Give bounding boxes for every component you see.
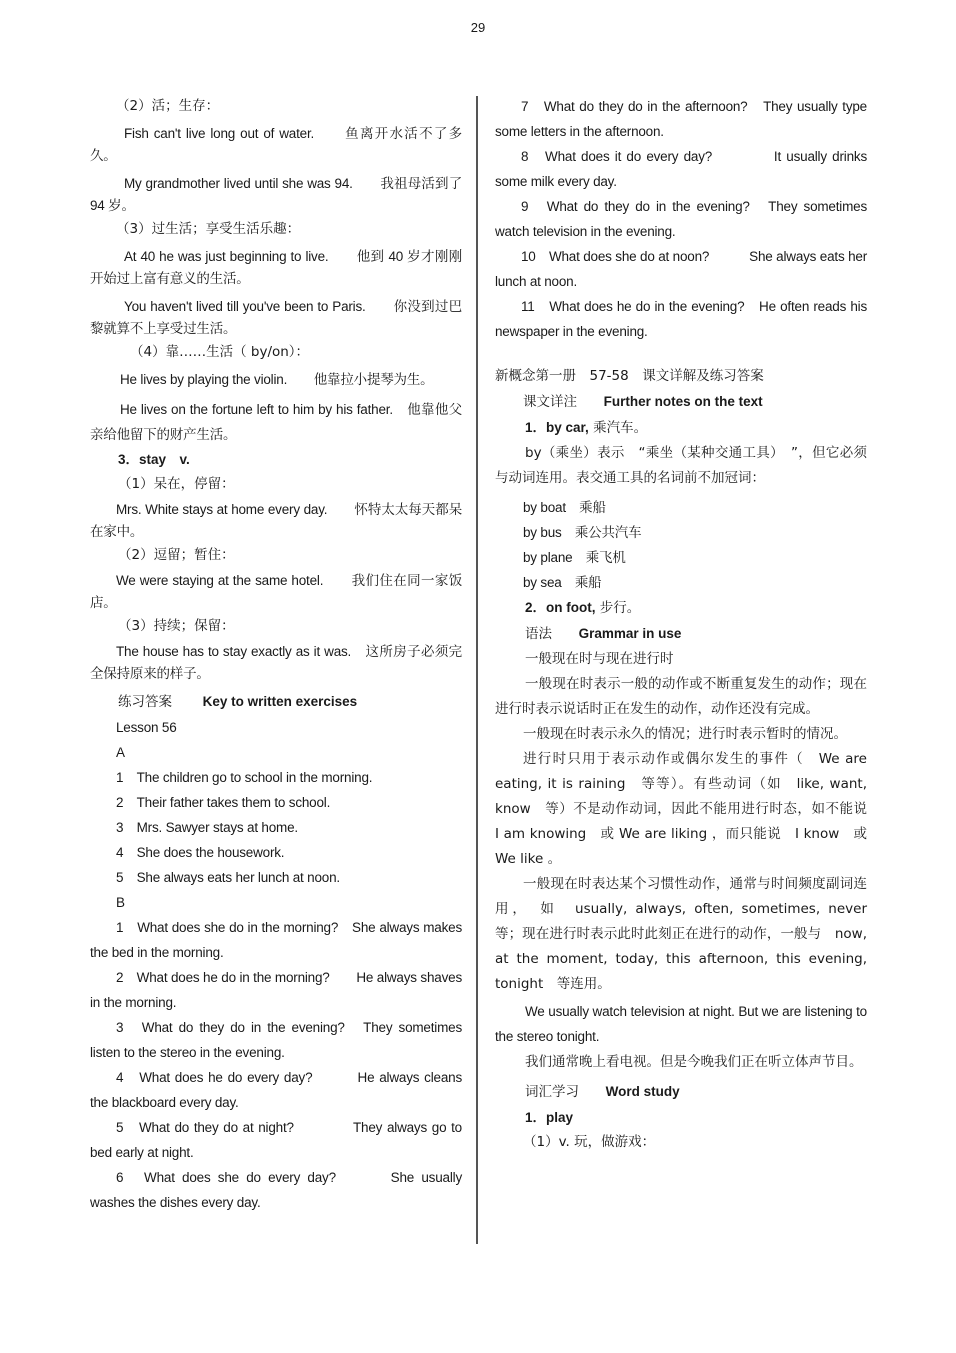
stay-sense-1: （1）呆在，停留： (90, 472, 462, 497)
answer-a-3: 3 Mrs. Sawyer stays at home. (90, 815, 462, 840)
notes-heading: 课文详注 Further notes on the text (495, 389, 867, 415)
lesson-label: Lesson 56 (90, 715, 462, 740)
grammar-heading: 语法 Grammar in use (495, 621, 867, 647)
grammar-paragraph-4: 一般现在时表达某个习惯性动作，通常与时间频度副词连用， 如 usually, a… (495, 872, 867, 997)
answer-b-8: 8 What does it do every day? It usually … (495, 144, 867, 194)
answer-b-9: 9 What do they do in the evening? They s… (495, 194, 867, 244)
answer-b-4: 4 What does he do every day? He always c… (90, 1065, 462, 1115)
note-2-heading-en: 2．on foot, (525, 600, 596, 615)
example-en: We usually watch television at night. Bu… (495, 999, 867, 1049)
key-heading-cn: 练习答案 (118, 694, 172, 710)
stay-sense-3: （3）持续；保留： (90, 614, 462, 639)
play-heading: 1．play (495, 1105, 867, 1130)
grammar-heading-cn: 语法 (525, 626, 552, 642)
answer-b-10: 10 What does she do at noon? She always … (495, 244, 867, 294)
answer-a-4: 4 She does the housework. (90, 840, 462, 865)
word-study-heading-en: Word study (606, 1084, 680, 1099)
grammar-title: 一般现在时与现在进行时 (495, 647, 867, 672)
example-paris: You haven't lived till you've been to Pa… (90, 296, 462, 340)
example-grandmother: My grandmother lived until she was 94. 我… (90, 173, 462, 217)
word-study-heading-cn: 词汇学习 (525, 1084, 579, 1100)
answer-b-3: 3 What do they do in the evening? They s… (90, 1015, 462, 1065)
example-fortune: He lives on the fortune left to him by h… (90, 397, 462, 447)
transport-bus: by bus 乘公共汽车 (495, 520, 867, 545)
example-cn: 我们通常晚上看电视。但是今晚我们正在听立体声节目。 (495, 1051, 867, 1073)
answer-b-5: 5 What do they do at night? They always … (90, 1115, 462, 1165)
note-1-heading-cn: 乘汽车。 (593, 420, 647, 436)
grammar-paragraph-2: 一般现在时表示永久的情况；进行时表示暂时的情况。 (495, 722, 867, 747)
section-b-label: B (90, 890, 462, 915)
note-1-body: by（乘坐）表示 “乘坐（某种交通工具） ”，但它必须与动词连用。表交通工具的名… (495, 441, 867, 491)
grammar-heading-en: Grammar in use (579, 626, 682, 641)
left-column: （2）活；生存： Fish can't live long out of wat… (90, 94, 462, 1215)
answer-b-6: 6 What does she do every day? She usuall… (90, 1165, 462, 1215)
note-1-heading: 1．by car, 乘汽车。 (495, 415, 867, 441)
example-white: Mrs. White stays at home every day. 怀特太太… (90, 499, 462, 543)
live-sense-4: （4）靠……生活（ by/on）： (90, 340, 462, 365)
notes-heading-cn: 课文详注 (523, 394, 577, 410)
section-title: 新概念第一册 57-58 课文详解及练习答案 (495, 364, 867, 389)
live-sense-3: （3）过生活；享受生活乐趣： (90, 217, 462, 242)
stay-heading: 3．stay v. (90, 447, 462, 472)
note-2-heading: 2．on foot, 步行。 (495, 595, 867, 621)
stay-sense-2: （2）逗留；暂住： (90, 543, 462, 568)
page-number: 29 (0, 20, 956, 35)
play-sense-1: （1）v. 玩，做游戏： (495, 1130, 867, 1155)
answer-a-5: 5 She always eats her lunch at noon. (90, 865, 462, 890)
answer-a-2: 2 Their father takes them to school. (90, 790, 462, 815)
note-2-heading-cn: 步行。 (600, 600, 641, 616)
example-hotel: We were staying at the same hotel. 我们住在同… (90, 570, 462, 614)
grammar-paragraph-3: 进行时只用于表示动作或偶尔发生的事件（ We are eating, it is… (495, 747, 867, 872)
word-study-heading: 词汇学习 Word study (495, 1079, 867, 1105)
key-heading-en: Key to written exercises (203, 694, 358, 709)
column-divider (476, 96, 478, 1244)
grammar-paragraph-1: 一般现在时表示一般的动作或不断重复发生的动作；现在进行时表示说话时正在发生的动作… (495, 672, 867, 722)
example-house: The house has to stay exactly as it was.… (90, 641, 462, 685)
key-heading: 练习答案 Key to written exercises (90, 689, 462, 715)
note-1-heading-en: 1．by car, (525, 420, 589, 435)
answer-b-1: 1 What does she do in the morning? She a… (90, 915, 462, 965)
example-at40: At 40 he was just beginning to live. 他到 … (90, 246, 462, 290)
answer-b-2: 2 What does he do in the morning? He alw… (90, 965, 462, 1015)
transport-plane: by plane 乘飞机 (495, 545, 867, 570)
live-sense-2: （2）活；生存： (90, 94, 462, 119)
right-column: 7 What do they do in the afternoon? They… (495, 94, 867, 1155)
transport-sea: by sea 乘船 (495, 570, 867, 595)
section-a-label: A (90, 740, 462, 765)
transport-boat: by boat 乘船 (495, 495, 867, 520)
example-violin: He lives by playing the violin. 他靠拉小提琴为生… (90, 369, 462, 391)
notes-heading-en: Further notes on the text (604, 394, 763, 409)
answer-b-7: 7 What do they do in the afternoon? They… (495, 94, 867, 144)
answer-a-1: 1 The children go to school in the morni… (90, 765, 462, 790)
example-fish: Fish can't live long out of water. 鱼离开水活… (90, 123, 462, 167)
answer-b-11: 11 What does he do in the evening? He of… (495, 294, 867, 344)
